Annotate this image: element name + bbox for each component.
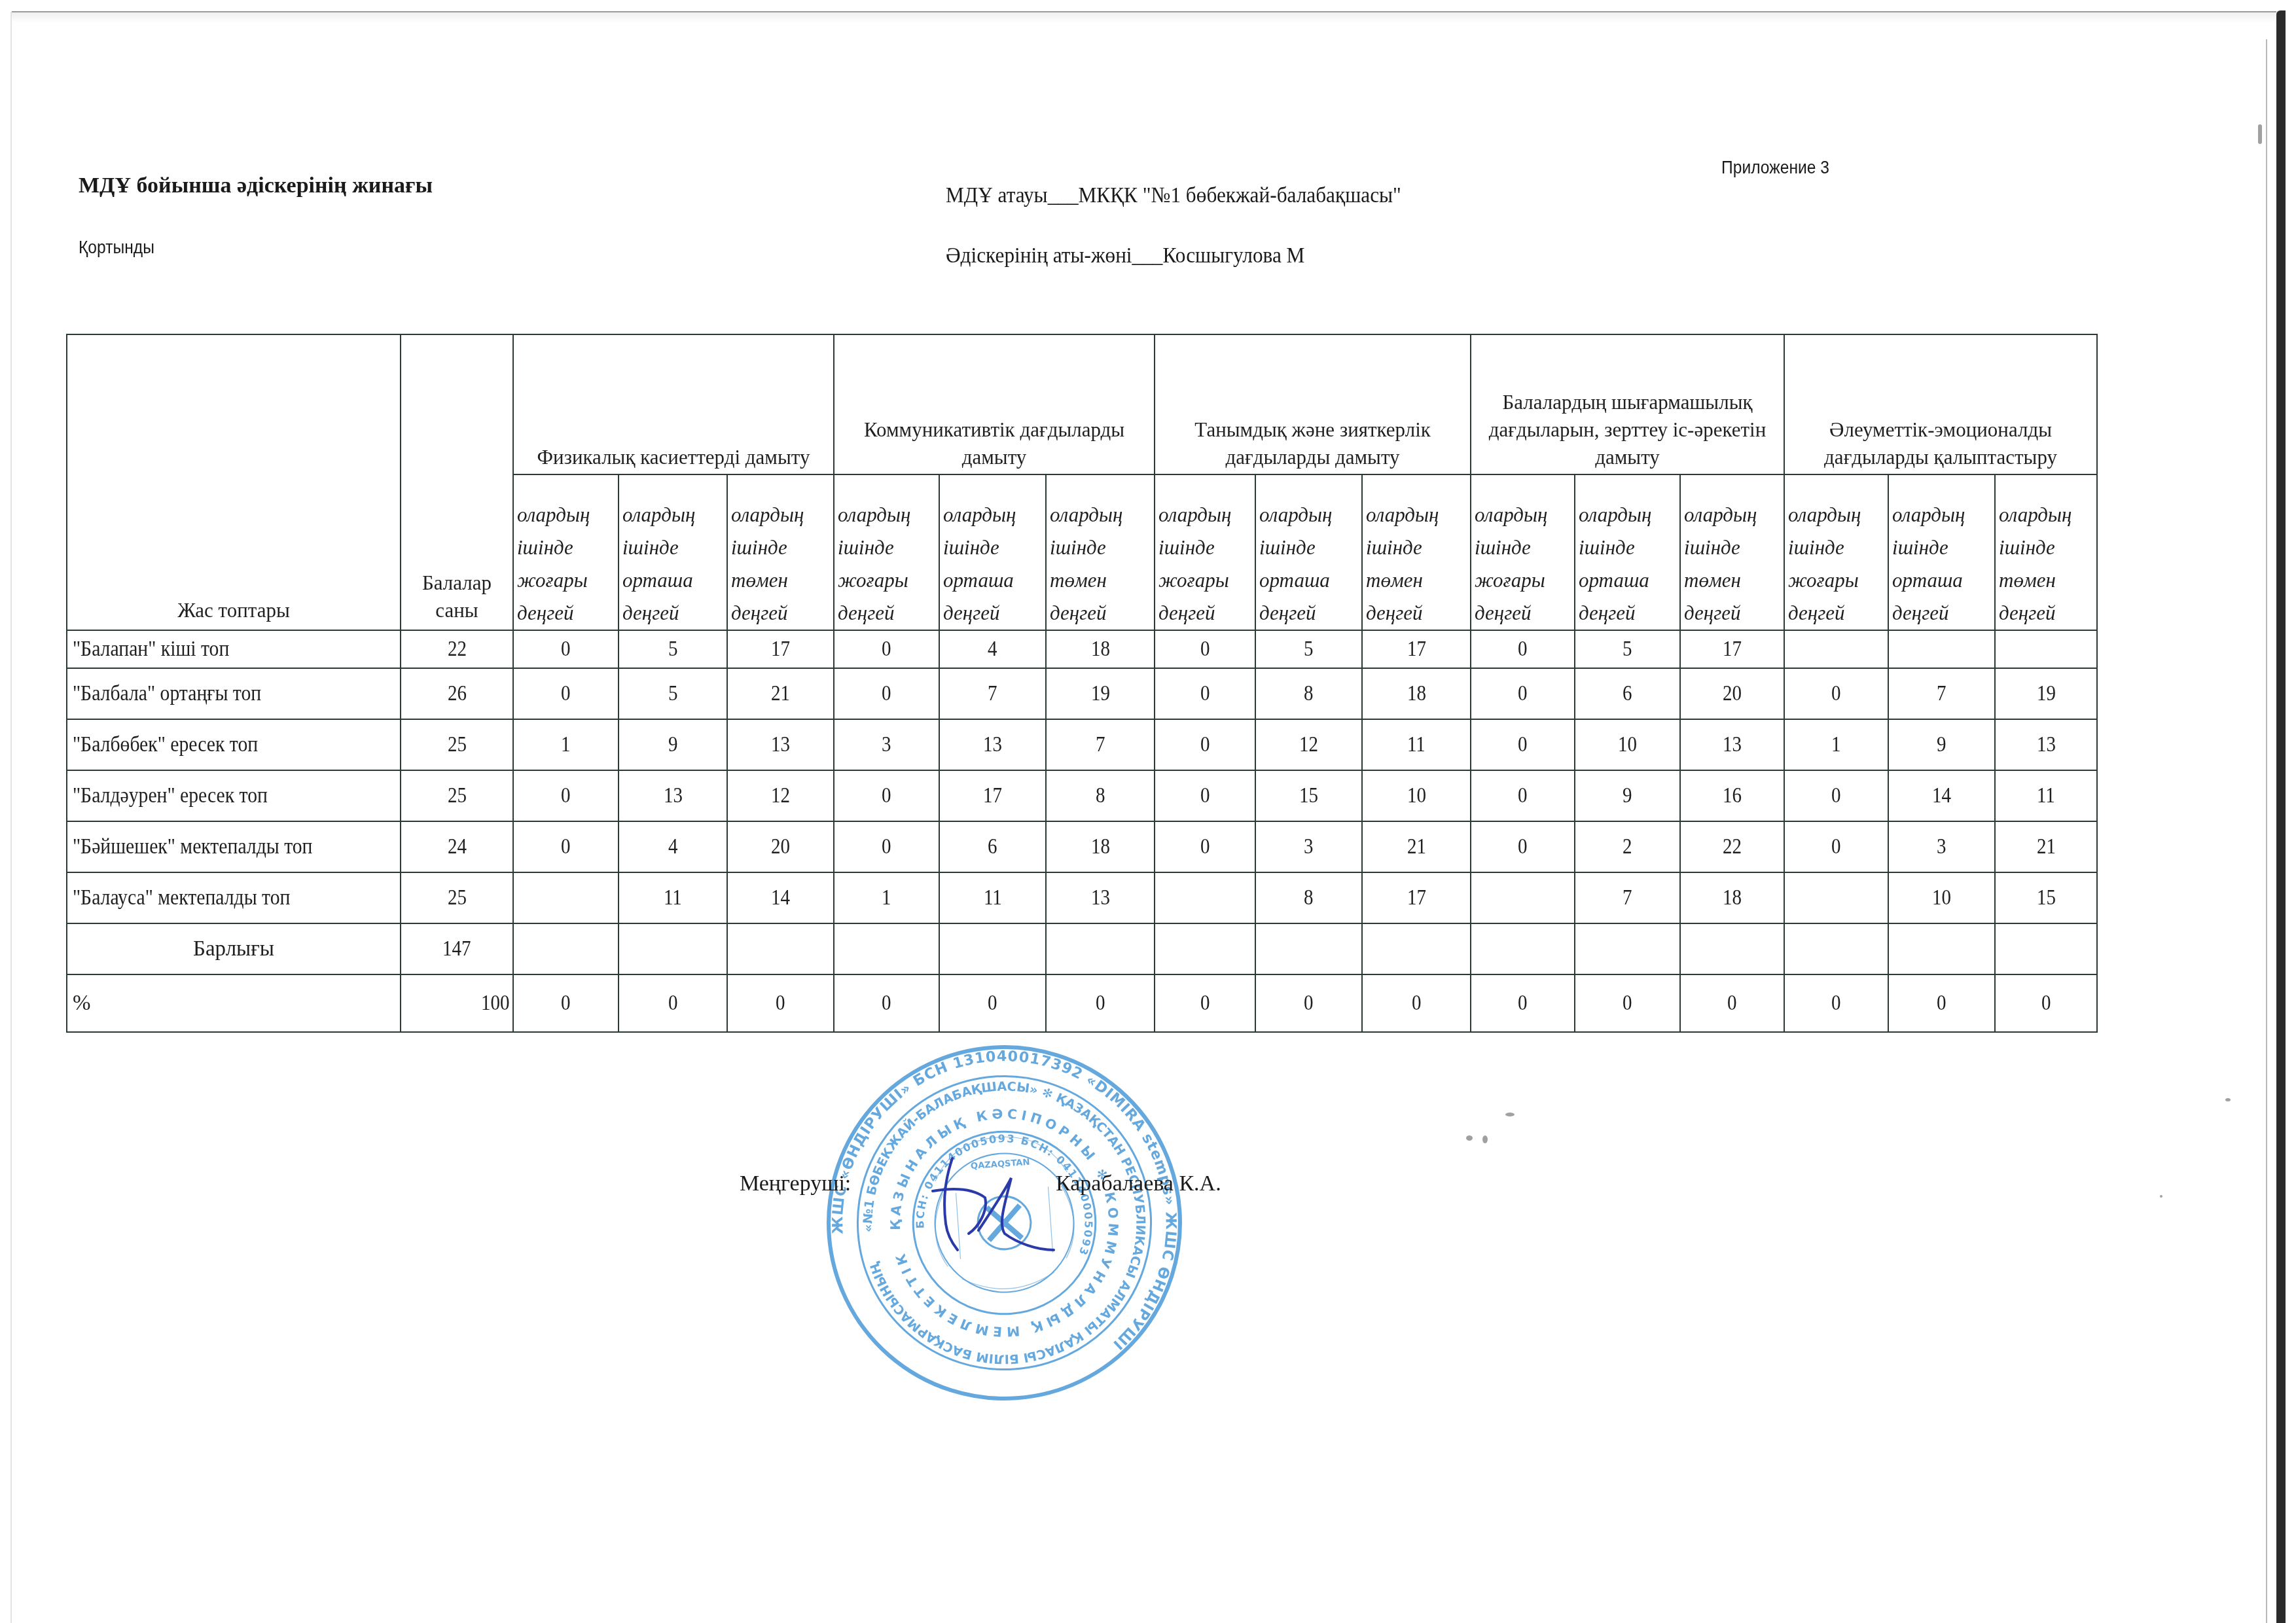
level-value-cell: 18 [1046, 821, 1155, 872]
level-value-cell: 4 [939, 630, 1046, 668]
level-value-cell [1995, 630, 2097, 668]
total-row: Барлығы147 [67, 923, 2097, 974]
scan-edge-right-strip [2276, 10, 2286, 1623]
level-value-cell: 0 [834, 770, 939, 821]
level-value-cell: 0 [513, 630, 619, 668]
level-value-cell: 1 [513, 719, 619, 770]
level-value-cell: 13 [619, 770, 727, 821]
age-group-cell: "Балапан" кіші топ [67, 630, 401, 668]
level-value-cell: 0 [1155, 630, 1255, 668]
column-header-level-high: олардың ішінде жоғары деңгей [513, 474, 619, 630]
document-title: МДҰ бойынша әдіскерінің жинағы [79, 173, 433, 198]
level-value-cell: 1 [1784, 719, 1888, 770]
total-row-label: Барлығы [67, 923, 401, 974]
column-header-children-count: Балалар саны [401, 334, 513, 630]
level-value-cell: 8 [1255, 872, 1362, 923]
table-row: "Балбала" ортаңғы топ2605210719081806200… [67, 668, 2097, 719]
level-value-cell: 18 [1680, 872, 1784, 923]
level-value-cell: 8 [1255, 668, 1362, 719]
level-value-cell: 21 [1995, 821, 2097, 872]
level-value-cell: 12 [727, 770, 834, 821]
total-row-value-cell [1995, 923, 2097, 974]
table-row: "Балдәурен" ересек топ250131201780151009… [67, 770, 2097, 821]
level-value-cell: 3 [1255, 821, 1362, 872]
section-header-row: Жас топтары Балалар саны Физикалық касие… [67, 334, 2097, 474]
level-value-cell: 2 [1575, 821, 1680, 872]
organization-name: МДҰ атауы___МКҚК "№1 бөбекжай-балабақшас… [946, 183, 1401, 208]
level-value-cell: 8 [1046, 770, 1155, 821]
level-value-cell: 9 [1575, 770, 1680, 821]
table-row: "Балбөбек" ересек топ2519133137012110101… [67, 719, 2097, 770]
level-value-cell: 18 [1046, 630, 1155, 668]
column-header-level-high: олардың ішінде жоғары деңгей [1784, 474, 1888, 630]
scan-edge-left [10, 12, 12, 1623]
level-value-cell: 0 [513, 668, 619, 719]
level-value-cell: 13 [1046, 872, 1155, 923]
total-row-value-cell [1046, 923, 1155, 974]
level-value-cell: 17 [727, 630, 834, 668]
scan-edge-right-line [2266, 39, 2267, 1623]
percent-row-value-cell: 0 [1888, 974, 1995, 1032]
total-row-count: 147 [401, 923, 513, 974]
percent-row-value-cell: 0 [1575, 974, 1680, 1032]
level-value-cell: 5 [619, 668, 727, 719]
column-header-level-high: олардың ішінде жоғары деңгей [1155, 474, 1255, 630]
total-row-value-cell [1155, 923, 1255, 974]
manager-name: Карабалаева К.А. [1056, 1171, 1221, 1196]
level-value-cell: 0 [1784, 668, 1888, 719]
appendix-label: Приложение 3 [1721, 157, 1829, 178]
percent-row: %100000000000000000 [67, 974, 2097, 1032]
total-row-value-cell [834, 923, 939, 974]
level-value-cell: 14 [727, 872, 834, 923]
total-row-value-cell [513, 923, 619, 974]
scan-speck [2258, 124, 2262, 144]
column-header-level-low: олардың ішінде төмен деңгей [1046, 474, 1155, 630]
level-value-cell: 13 [727, 719, 834, 770]
scan-speck [1482, 1135, 1488, 1143]
level-value-cell: 18 [1362, 668, 1471, 719]
percent-row-value-cell: 0 [1995, 974, 2097, 1032]
column-header-level-medium: олардың ішінде орташа деңгей [939, 474, 1046, 630]
level-value-cell [1888, 630, 1995, 668]
level-value-cell: 0 [1155, 668, 1255, 719]
table-row: "Бәйшешек" мектепалды топ240420061803210… [67, 821, 2097, 872]
level-value-cell: 6 [939, 821, 1046, 872]
level-value-cell: 0 [1471, 719, 1575, 770]
total-row-value-cell [727, 923, 834, 974]
scan-shadow-top [12, 12, 2276, 23]
children-count-cell: 25 [401, 770, 513, 821]
level-value-cell: 7 [1888, 668, 1995, 719]
total-row-value-cell [1471, 923, 1575, 974]
percent-row-value-cell: 0 [513, 974, 619, 1032]
column-header-level-medium: олардың ішінде орташа деңгей [619, 474, 727, 630]
level-value-cell: 15 [1255, 770, 1362, 821]
level-value-cell: 6 [1575, 668, 1680, 719]
percent-row-value-cell: 0 [1155, 974, 1255, 1032]
level-value-cell: 17 [939, 770, 1046, 821]
level-value-cell: 5 [1255, 630, 1362, 668]
level-value-cell: 13 [1680, 719, 1784, 770]
level-value-cell: 0 [513, 821, 619, 872]
level-value-cell [1471, 872, 1575, 923]
level-value-cell: 10 [1362, 770, 1471, 821]
percent-row-value-cell: 0 [1784, 974, 1888, 1032]
level-value-cell [1155, 872, 1255, 923]
age-group-cell: "Бәйшешек" мектепалды топ [67, 821, 401, 872]
column-header-level-medium: олардың ішінде орташа деңгей [1255, 474, 1362, 630]
level-value-cell: 9 [619, 719, 727, 770]
percent-row-count: 100 [401, 974, 513, 1032]
age-group-cell: "Балауса" мектепалды топ [67, 872, 401, 923]
age-group-cell: "Балбала" ортаңғы топ [67, 668, 401, 719]
children-count-cell: 22 [401, 630, 513, 668]
level-value-cell [513, 872, 619, 923]
total-row-value-cell [1255, 923, 1362, 974]
level-value-cell: 5 [1575, 630, 1680, 668]
level-value-cell: 11 [1995, 770, 2097, 821]
percent-row-value-cell: 0 [1362, 974, 1471, 1032]
section-header-cognitive: Танымдық және зияткерлік дағдыларды дамы… [1155, 334, 1471, 474]
level-value-cell: 5 [619, 630, 727, 668]
percent-row-value-cell: 0 [834, 974, 939, 1032]
column-header-level-high: олардың ішінде жоғары деңгей [834, 474, 939, 630]
level-value-cell: 17 [1680, 630, 1784, 668]
level-value-cell: 11 [939, 872, 1046, 923]
column-header-level-medium: олардың ішінде орташа деңгей [1575, 474, 1680, 630]
level-value-cell: 0 [1471, 630, 1575, 668]
section-header-physical: Физикалық касиеттерді дамыту [513, 334, 834, 474]
level-value-cell: 13 [1995, 719, 2097, 770]
level-value-cell: 22 [1680, 821, 1784, 872]
scan-speck [2225, 1098, 2231, 1101]
level-value-cell: 0 [834, 630, 939, 668]
section-header-communicative: Коммуникативтік дағдыларды дамыту [834, 334, 1155, 474]
level-value-cell: 9 [1888, 719, 1995, 770]
level-value-cell: 0 [834, 668, 939, 719]
percent-row-value-cell: 0 [1680, 974, 1784, 1032]
percent-row-value-cell: 0 [1471, 974, 1575, 1032]
percent-row-value-cell: 0 [1255, 974, 1362, 1032]
column-header-level-low: олардың ішінде төмен деңгей [1362, 474, 1471, 630]
level-value-cell: 20 [1680, 668, 1784, 719]
level-value-cell: 0 [1155, 770, 1255, 821]
level-value-cell: 0 [1155, 821, 1255, 872]
total-row-value-cell [619, 923, 727, 974]
level-value-cell: 0 [834, 821, 939, 872]
level-value-cell: 19 [1995, 668, 2097, 719]
level-value-cell: 0 [1155, 719, 1255, 770]
level-value-cell: 3 [1888, 821, 1995, 872]
level-value-cell: 7 [1046, 719, 1155, 770]
level-value-cell: 17 [1362, 872, 1471, 923]
level-value-cell: 1 [834, 872, 939, 923]
percent-row-value-cell: 0 [727, 974, 834, 1032]
level-value-cell: 20 [727, 821, 834, 872]
children-count-cell: 24 [401, 821, 513, 872]
level-value-cell: 16 [1680, 770, 1784, 821]
total-row-value-cell [1784, 923, 1888, 974]
level-value-cell: 0 [1471, 821, 1575, 872]
total-row-value-cell [1888, 923, 1995, 974]
table-body: "Балапан" кіші топ220517041805170517"Бал… [67, 630, 2097, 1032]
column-header-level-low: олардың ішінде төмен деңгей [1995, 474, 2097, 630]
percent-row-value-cell: 0 [1046, 974, 1155, 1032]
total-row-value-cell [939, 923, 1046, 974]
level-value-cell: 0 [1784, 770, 1888, 821]
scan-speck [2160, 1195, 2162, 1198]
percent-row-label: % [67, 974, 401, 1032]
level-value-cell: 21 [727, 668, 834, 719]
children-count-cell: 26 [401, 668, 513, 719]
level-value-cell: 10 [1575, 719, 1680, 770]
table-row: "Балапан" кіші топ220517041805170517 [67, 630, 2097, 668]
level-value-cell: 13 [939, 719, 1046, 770]
level-value-cell: 0 [1784, 821, 1888, 872]
column-header-age-groups: Жас топтары [67, 334, 401, 630]
level-value-cell: 3 [834, 719, 939, 770]
total-row-value-cell [1575, 923, 1680, 974]
section-header-creative: Балалардың шығармашылық дағдыларын, зерт… [1471, 334, 1784, 474]
age-group-cell: "Балдәурен" ересек топ [67, 770, 401, 821]
column-header-level-medium: олардың ішінде орташа деңгей [1888, 474, 1995, 630]
level-value-cell: 10 [1888, 872, 1995, 923]
level-value-cell: 21 [1362, 821, 1471, 872]
level-value-cell: 12 [1255, 719, 1362, 770]
level-value-cell: 0 [1471, 770, 1575, 821]
children-count-cell: 25 [401, 719, 513, 770]
level-value-cell: 0 [513, 770, 619, 821]
document-subtitle: Қортынды [79, 237, 154, 258]
percent-row-value-cell: 0 [619, 974, 727, 1032]
age-group-cell: "Балбөбек" ересек топ [67, 719, 401, 770]
column-header-level-high: олардың ішінде жоғары деңгей [1471, 474, 1575, 630]
column-header-level-low: олардың ішінде төмен деңгей [1680, 474, 1784, 630]
children-count-cell: 25 [401, 872, 513, 923]
level-value-cell: 0 [1471, 668, 1575, 719]
level-value-cell: 17 [1362, 630, 1471, 668]
level-value-cell: 14 [1888, 770, 1995, 821]
level-value-cell: 7 [1575, 872, 1680, 923]
scan-speck [1505, 1113, 1515, 1116]
level-value-cell: 4 [619, 821, 727, 872]
table-row: "Балауса" мектепалды топ2511141111381771… [67, 872, 2097, 923]
column-header-level-low: олардың ішінде төмен деңгей [727, 474, 834, 630]
level-value-cell: 19 [1046, 668, 1155, 719]
total-row-value-cell [1362, 923, 1471, 974]
level-value-cell [1784, 630, 1888, 668]
section-header-social-emotional: Әлеуметтік-эмоционалды дағдыларды қалыпт… [1784, 334, 2097, 474]
manager-label: Меңгеруші: [740, 1171, 851, 1196]
summary-table: Жас топтары Балалар саны Физикалық касие… [66, 334, 2098, 1033]
level-value-cell: 11 [1362, 719, 1471, 770]
level-value-cell: 11 [619, 872, 727, 923]
level-value-cell [1784, 872, 1888, 923]
scan-speck [1466, 1135, 1473, 1141]
total-row-value-cell [1680, 923, 1784, 974]
percent-row-value-cell: 0 [939, 974, 1046, 1032]
signature [906, 1152, 1057, 1257]
level-value-cell: 7 [939, 668, 1046, 719]
level-value-cell: 15 [1995, 872, 2097, 923]
methodist-name: Әдіскерінің аты-жөні___Косшыгулова М [946, 243, 1304, 268]
